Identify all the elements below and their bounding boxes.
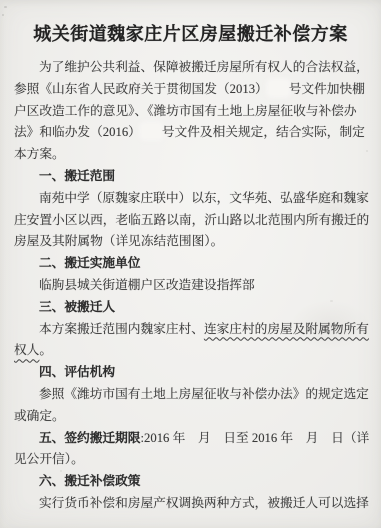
text-run: 临朐县城关街道棚户区改造建设指挥部 — [39, 278, 255, 292]
paragraph-line: 或确定。 — [14, 406, 369, 428]
paragraph-line: 本方案。 — [14, 144, 369, 166]
text-run: 为了维护公共利益、保障被搬迁房屋所有权人的合法权益， — [39, 60, 369, 74]
heading-text: 二、搬迁实施单位 — [39, 256, 141, 270]
text-run: :2016 年 月 日至 2016 年 月 日（详 — [141, 431, 370, 445]
section-heading-3: 三、被搬迁人 — [14, 297, 369, 319]
section-heading-6: 六、搬迁补偿政策 — [14, 471, 369, 493]
text-run: 参照《潍坊市国有土地上房屋征收与补偿办法》的规定选定 — [39, 387, 369, 401]
text-run: 法》和临办发（2016） — [14, 125, 141, 139]
text-run: 南苑中学（原魏家庄联中）以东，文华苑、弘盛华庭和魏家 — [39, 191, 369, 205]
paragraph-line: 房屋及其附属物（详见冻结范围图）。 — [14, 231, 369, 253]
paragraph-line: 本方案搬迁范围内魏家庄村、连家庄村的房屋及附属物所有 — [14, 319, 369, 341]
document-body: 为了维护公共利益、保障被搬迁房屋所有权人的合法权益， 参照《山东省人民政府关于贯… — [14, 57, 369, 515]
scan-speck — [2, 14, 4, 16]
text-run: 实行货币补偿和房屋产权调换两种方式，被搬迁人可以选择 — [39, 496, 369, 510]
scanned-document-page: 城关街道魏家庄片区房屋搬迁补偿方案 为了维护公共利益、保障被搬迁房屋所有权人的合… — [0, 0, 381, 528]
paragraph-line: 南苑中学（原魏家庄联中）以东，文华苑、弘盛华庭和魏家 — [14, 188, 369, 210]
section-heading-1: 一、搬迁范围 — [14, 166, 369, 188]
heading-text: 四、评估机构 — [39, 365, 115, 379]
heading-text: 三、被搬迁人 — [39, 300, 115, 314]
section-heading-2: 二、搬迁实施单位 — [14, 253, 369, 275]
text-run: 本方案。 — [14, 147, 65, 161]
paragraph-line: 实行货币补偿和房屋产权调换两种方式，被搬迁人可以选择 — [14, 493, 369, 515]
redaction-patch — [142, 124, 161, 138]
paragraph-line: 五、签约搬迁期限:2016 年 月 日至 2016 年 月 日（详 — [14, 428, 369, 450]
paragraph-line: 临朐县城关街道棚户区改造建设指挥部 — [14, 275, 369, 297]
document-title: 城关街道魏家庄片区房屋搬迁补偿方案 — [0, 20, 381, 46]
heading-text: 六、搬迁补偿政策 — [39, 474, 141, 488]
text-run: 庄安置小区以西，老临五路以南，沂山路以北范围内所有搬迁的 — [14, 213, 369, 227]
hand-underlined-text: 连家庄村的房屋及附属物所有 — [204, 322, 369, 336]
paragraph-line: 为了维护公共利益、保障被搬迁房屋所有权人的合法权益， — [14, 57, 369, 79]
text-run: 号文件加快棚 — [289, 82, 365, 96]
text-run: 户区改造工作的意见》、《潍坊市国有土地上房屋征收与补偿办 — [14, 104, 357, 118]
hand-underlined-text: 权人 — [14, 343, 39, 357]
paragraph-line: 庄安置小区以西，老临五路以南，沂山路以北范围内所有搬迁的 — [14, 210, 369, 232]
paragraph-line: 参照《潍坊市国有土地上房屋征收与补偿办法》的规定选定 — [14, 384, 369, 406]
paragraph-line: 参照《山东省人民政府关于贯彻国发（2013）号文件加快棚 — [14, 79, 369, 101]
text-run: 见公开信）。 — [14, 452, 84, 466]
section-heading-4: 四、评估机构 — [14, 362, 369, 384]
text-run: 参照《山东省人民政府关于贯彻国发（2013） — [14, 82, 268, 96]
heading-text: 一、搬迁范围 — [39, 169, 115, 183]
paragraph-line: 户区改造工作的意见》、《潍坊市国有土地上房屋征收与补偿办 — [14, 101, 369, 123]
text-run: 或确定。 — [14, 409, 65, 423]
text-run: 本方案搬迁范围内魏家庄村、 — [39, 322, 204, 336]
paragraph-line: 权人。 — [14, 340, 369, 362]
paragraph-line: 见公开信）。 — [14, 449, 369, 471]
text-run: 。 — [39, 343, 52, 357]
text-run: 号文件及相关规定，结合实际，制定 — [162, 125, 365, 139]
redaction-patch — [269, 81, 288, 95]
paragraph-line: 法》和临办发（2016）号文件及相关规定，结合实际，制定 — [14, 122, 369, 144]
scan-speck — [4, 6, 7, 8]
section-heading-5: 五、签约搬迁期限 — [39, 431, 141, 445]
text-run: 房屋及其附属物（详见冻结范围图）。 — [14, 234, 223, 248]
